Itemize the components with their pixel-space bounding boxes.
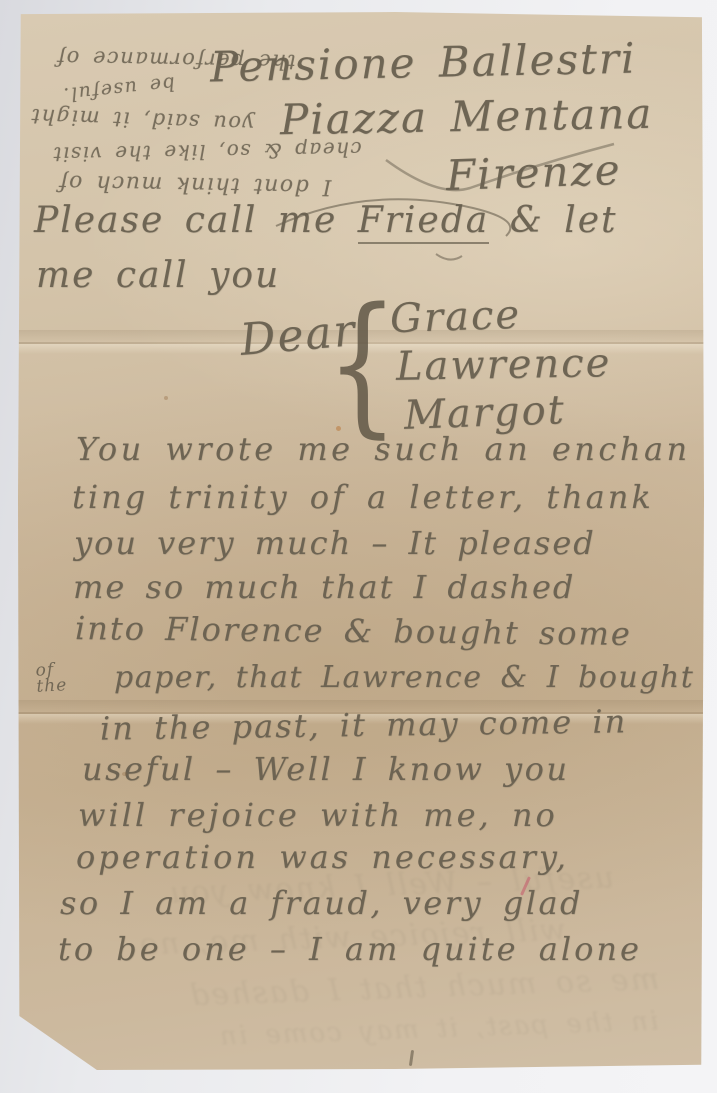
recipient-grace: Grace [389, 292, 522, 343]
age-spot [122, 772, 127, 776]
body-line: paper, that Lawrence & I bought [114, 660, 694, 695]
letter-paper: the performance of be useful. you said, … [18, 12, 704, 1070]
body-line: in the past, it may come in [100, 702, 628, 747]
frieda-underline-tail [436, 254, 462, 260]
age-spot [336, 426, 341, 431]
age-spot [164, 396, 168, 400]
inverted-marginalia-line: you said, it might [30, 104, 255, 136]
call-me-end: & let [510, 200, 618, 241]
body-line: you very much – It pleased [74, 524, 596, 562]
body-line: useful – Well I know you [82, 750, 569, 788]
margin-word-the: the [36, 675, 68, 697]
curly-brace: { [326, 288, 399, 440]
address-city: Firenze [445, 145, 622, 200]
inverted-marginalia-line: be useful. [61, 72, 176, 106]
call-me-start: Please call me [34, 200, 337, 241]
name-frieda-underlined: Frieda [358, 200, 490, 244]
body-line: ting trinity of a letter, thank [72, 478, 654, 516]
margin-insert-of-the: of the [35, 661, 67, 695]
body-line: will rejoice with me, no [78, 796, 558, 834]
body-line: You wrote me such an enchan [76, 430, 691, 468]
showthrough-text: in the past, it may come in [218, 1006, 659, 1051]
call-you-line: me call you [36, 255, 280, 296]
address-piazza: Piazza Mentana [280, 89, 654, 145]
ink-speck [409, 1050, 414, 1066]
body-line: me so much that I dashed [73, 568, 575, 606]
call-me-line: Please call me Frieda & let [34, 200, 617, 241]
recipient-lawrence: Lawrence [396, 340, 612, 390]
address-pensione: Pensione Ballestri [210, 34, 637, 92]
inverted-marginalia-line: I dont think much of [58, 170, 332, 200]
body-line: into Florence & bought some [75, 609, 632, 653]
showthrough-text: me so much that I dashed [188, 962, 660, 1013]
letter-scan: the performance of be useful. you said, … [0, 0, 717, 1093]
